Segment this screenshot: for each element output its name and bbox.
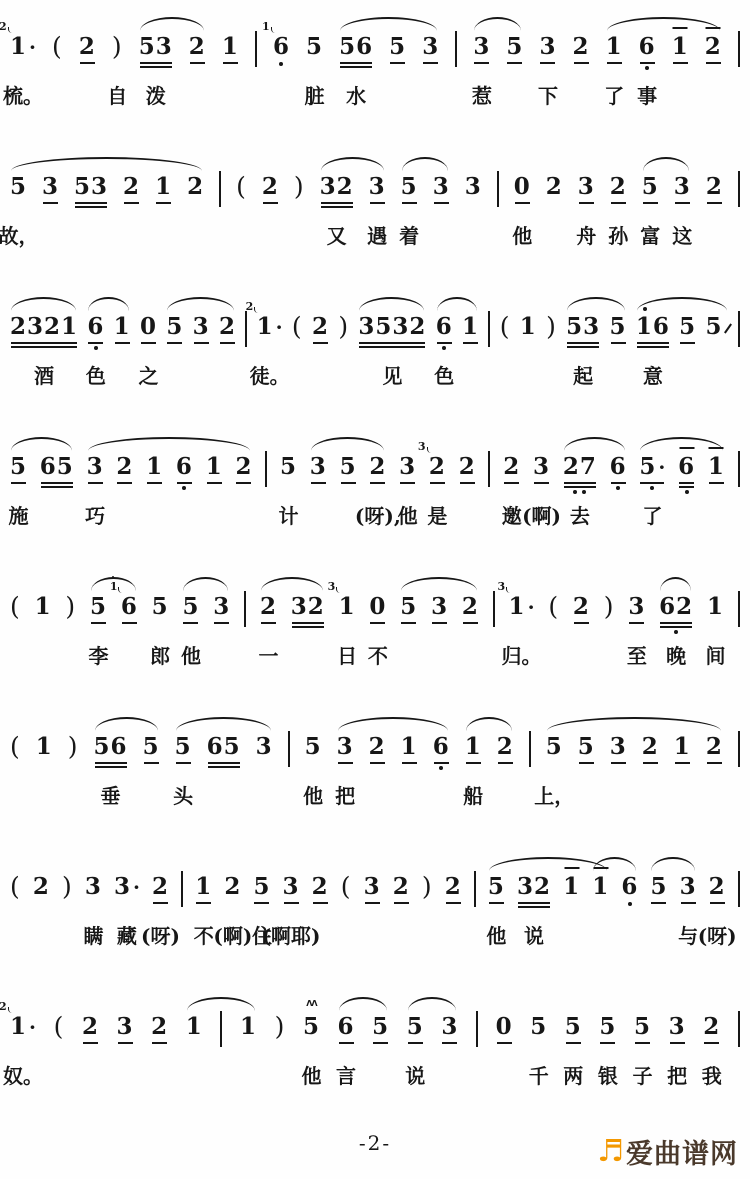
note-token: 31·归。	[509, 594, 535, 620]
note-token: 5上，	[546, 734, 563, 760]
notes-row: 5施653巧216125计352(呀),3他32是22邀3(啊)27去65·了6…	[8, 432, 742, 498]
grace-note: 3	[418, 441, 432, 452]
slur-arc	[95, 717, 158, 731]
note-token: 5头	[175, 734, 192, 764]
note-token: 1	[222, 34, 239, 64]
note-digits: 6	[273, 34, 290, 60]
lyric-syllable: 施	[9, 500, 29, 529]
lyric-syllable: 了	[642, 500, 662, 529]
score: 21·梳。(2)自53泼21165脏56水533惹53下21了6事125故，35…	[0, 0, 750, 1132]
note-token: 1	[186, 1014, 203, 1040]
underline	[463, 342, 478, 344]
underline	[117, 482, 132, 484]
grace-note: 2	[0, 1001, 13, 1012]
note-token: 21·奴。	[10, 1014, 36, 1040]
note-digits: 1	[146, 454, 163, 480]
underline	[390, 62, 405, 64]
note-token: 6	[621, 874, 638, 910]
note-token: 2	[393, 874, 410, 904]
paren-glyph: )	[62, 874, 73, 900]
system-row: (2)3瞒3·藏2(呀)1不2(啊)5住3(啊耶)2(32)25他32说1165…	[8, 852, 742, 992]
parenthesis: )	[68, 734, 79, 760]
underline	[153, 902, 168, 904]
underline	[370, 202, 385, 204]
underline	[679, 482, 694, 484]
barline	[493, 594, 495, 627]
slur-arc	[564, 437, 625, 451]
note-digits: 2	[709, 874, 726, 900]
note-token: 1	[672, 34, 689, 64]
note-token: 5银	[599, 1014, 616, 1044]
note-token: 53泼	[139, 34, 173, 68]
notes-row: (2)3瞒3·藏2(呀)1不2(啊)5住3(啊耶)2(32)25他32说1165…	[8, 852, 742, 910]
note-token: 5	[400, 594, 417, 624]
note-token: 2321酒	[10, 314, 78, 348]
lyric-syllable: 巧	[85, 500, 105, 529]
underline	[122, 622, 137, 624]
note-digits: 3	[533, 454, 550, 480]
lyric-syllable: 又	[327, 220, 347, 249]
underline	[401, 622, 416, 624]
paren-glyph: (	[236, 174, 247, 200]
system-row: (1)56垂55头6535他3把2161船25上，53212	[8, 712, 742, 852]
lyric-syllable: 一	[258, 640, 278, 669]
note-digits: 1	[36, 734, 53, 760]
barline	[488, 314, 490, 347]
note-digits: 1	[672, 34, 689, 60]
note-token: 3惹	[473, 34, 490, 64]
parenthesis: (	[10, 874, 21, 900]
note-digits: 2	[610, 174, 627, 200]
barline	[738, 454, 740, 487]
note-token: 3下	[539, 34, 556, 64]
parenthesis: (	[236, 174, 247, 200]
underline	[704, 1042, 719, 1044]
note-digits: 65	[207, 734, 241, 760]
note-token: 2	[573, 594, 590, 624]
note-digits: 3	[117, 1014, 134, 1040]
lyric-syllable: 他	[301, 1060, 321, 1089]
parenthesis: )自	[112, 34, 123, 60]
lyric-syllable: 李	[88, 640, 108, 669]
lyric-syllable: 之	[138, 360, 158, 389]
lyric-syllable: 故，	[0, 220, 39, 249]
underline	[564, 486, 596, 488]
note-token: 3至	[628, 594, 645, 624]
note-token: 2	[705, 34, 722, 64]
note-token: 3	[256, 734, 273, 760]
note-digits: 56	[94, 734, 128, 760]
slur-arc	[637, 297, 727, 311]
underline	[292, 626, 324, 628]
slur-arc	[321, 157, 384, 171]
underline	[177, 482, 192, 484]
note-digits: 5	[407, 1014, 424, 1040]
page-footer: -2- ♬ 爱曲谱网	[0, 1131, 750, 1171]
note-token: 32是	[429, 454, 446, 484]
notes-row: 5故，353212(2)32又3遇5着330他23舟2孙5富3这2	[8, 152, 742, 208]
lyric-syllable: 头	[173, 780, 193, 809]
underline	[434, 762, 449, 764]
note-digits: 1	[195, 874, 212, 900]
grace-note: 3	[328, 581, 342, 592]
lyric-syllable: 泼	[146, 80, 166, 109]
note-digits: 3	[465, 174, 482, 200]
note-digits: 1	[10, 1014, 27, 1040]
note-token: 65	[207, 734, 241, 768]
note-digits: 1	[592, 874, 609, 900]
music-note-icon: ♬	[597, 1137, 624, 1167]
note-token: 65	[40, 454, 74, 488]
note-digits: 2	[546, 174, 563, 200]
underline	[115, 342, 130, 344]
note-token: 16	[121, 594, 138, 624]
underline	[359, 342, 425, 344]
note-digits: 6	[639, 34, 656, 60]
slide-down-mark	[724, 323, 732, 333]
note-token: 2	[459, 454, 476, 484]
note-token: 3·藏	[114, 874, 140, 900]
note-token: 16	[273, 34, 290, 70]
paren-glyph: )	[338, 314, 349, 340]
note-digits: 1	[462, 314, 479, 340]
slur-arc	[437, 297, 477, 311]
slur-arc	[11, 297, 76, 311]
note-token: 2孙	[610, 174, 627, 204]
note-token: 3532见	[358, 314, 426, 348]
parenthesis: (	[10, 594, 21, 620]
note-digits: 1	[222, 34, 239, 60]
underline	[140, 66, 172, 68]
barline	[244, 594, 246, 627]
note-token: 2	[312, 874, 329, 904]
underline	[313, 342, 328, 344]
underline	[515, 202, 530, 204]
note-token: 2	[546, 174, 563, 200]
note-digits: 3	[213, 594, 230, 620]
note-digits: 3	[399, 454, 416, 480]
note-token: 53	[74, 174, 108, 208]
lyric-syllable: 说	[524, 920, 544, 949]
site-name: 爱曲谱网	[626, 1132, 738, 1171]
duration-dot: ·	[658, 455, 665, 479]
slur-arc	[567, 297, 624, 311]
underline	[194, 342, 209, 344]
octave-dot-below	[645, 66, 649, 70]
note-digits: 2	[224, 874, 241, 900]
underline	[534, 482, 549, 484]
note-token: 0之	[140, 314, 157, 344]
lyric-syllable: 说	[405, 1060, 425, 1089]
note-digits: 6	[121, 594, 138, 620]
barline	[497, 174, 499, 207]
slur-arc	[593, 857, 636, 871]
underline	[339, 1042, 354, 1044]
underline	[91, 622, 106, 624]
underline	[207, 482, 222, 484]
parenthesis: (	[341, 874, 352, 900]
note-token: 21·梳。	[10, 34, 36, 60]
paren-glyph: (	[54, 1014, 65, 1040]
note-digits: 2	[705, 34, 722, 60]
underline	[497, 1042, 512, 1044]
underline	[208, 766, 240, 768]
note-token: 5住	[253, 874, 270, 904]
lyric-syllable: 邀	[502, 500, 522, 529]
paren-glyph: (	[10, 874, 21, 900]
note-token: 5	[679, 314, 696, 344]
note-token: 5他	[488, 874, 505, 904]
note-token: 2	[235, 454, 252, 484]
lyric-syllable: 色	[434, 360, 454, 389]
underline	[359, 346, 425, 348]
note-digits: 6	[436, 314, 453, 340]
note-token: 1	[708, 454, 725, 484]
note-token: 2	[497, 734, 514, 764]
note-digits: 53	[566, 314, 600, 340]
lyric-syllable: 他	[486, 920, 506, 949]
slur-arc	[640, 437, 723, 451]
underline	[124, 202, 139, 204]
note-token: 5着	[401, 174, 418, 204]
underline	[341, 482, 356, 484]
parenthesis: )	[546, 314, 557, 340]
parenthesis: (	[292, 314, 303, 340]
note-digits: 1	[465, 734, 482, 760]
barline	[476, 1014, 478, 1047]
note-digits: 2	[573, 594, 590, 620]
lyric-syllable: 与	[678, 920, 698, 949]
note-token: 3	[433, 174, 450, 204]
note-token: 5·了	[639, 454, 665, 494]
note-digits: 3	[283, 874, 300, 900]
note-digits: 3	[193, 314, 210, 340]
slur-arc	[474, 17, 521, 31]
notes-row: (1)5李165郎5他32一3231日0不53231·归。(2)3至62晚1间	[8, 572, 742, 638]
note-digits: 2	[706, 174, 723, 200]
slur-arc	[359, 297, 424, 311]
lyric-syllable: 这	[672, 220, 692, 249]
underline	[284, 902, 299, 904]
lyric-syllable: 言	[336, 1060, 356, 1089]
underline	[75, 202, 107, 204]
underline	[400, 482, 415, 484]
slur-arc	[11, 157, 202, 171]
note-digits: 62	[659, 594, 693, 620]
underline	[474, 62, 489, 64]
note-digits: 5	[305, 734, 322, 760]
underline	[80, 62, 95, 64]
underline	[43, 202, 58, 204]
underline	[373, 1042, 388, 1044]
note-digits: 0	[496, 1014, 513, 1040]
note-token: 1	[36, 734, 53, 760]
note-token: 2	[151, 1014, 168, 1044]
barline	[738, 594, 740, 627]
note-token: 5他	[305, 734, 322, 760]
lyric-syllable: 梳。	[3, 80, 43, 109]
underline	[370, 762, 385, 764]
underline	[370, 482, 385, 484]
note-token: 5	[610, 314, 627, 344]
note-digits: 5	[152, 594, 169, 620]
lyric-syllable: 舟	[576, 220, 596, 249]
barline	[738, 174, 740, 207]
lyric-syllable: 子	[633, 1060, 653, 1089]
lyric-syllable: 郎	[150, 640, 170, 669]
underline	[292, 622, 324, 624]
note-digits: 32	[320, 174, 354, 200]
note-digits: 1	[206, 454, 223, 480]
slur-arc	[402, 157, 448, 171]
paren-glyph: )	[422, 874, 433, 900]
note-digits: 6	[87, 314, 104, 340]
note-token: 3	[441, 1014, 458, 1044]
note-token: 2	[33, 874, 50, 900]
octave-dot-below	[616, 486, 620, 490]
note-token: 3巧	[87, 454, 104, 484]
note-token: 1	[35, 594, 52, 620]
note-token: 1	[240, 1014, 257, 1040]
note-digits: 0	[369, 594, 386, 620]
duration-dot: ·	[276, 315, 283, 339]
note-digits: 3532	[358, 314, 426, 340]
duration-dot: ·	[133, 875, 140, 899]
barline	[474, 874, 476, 907]
parenthesis: (	[54, 1014, 65, 1040]
underline	[311, 482, 326, 484]
barline	[738, 314, 740, 347]
lyric-syllable: 色	[86, 360, 106, 389]
note-token: 2	[123, 174, 140, 204]
note-digits: 5	[610, 314, 627, 340]
note-token: 1	[155, 174, 172, 204]
slur-arc	[187, 997, 255, 1011]
lyric-syllable: 船	[463, 780, 483, 809]
paren-glyph: )	[546, 314, 557, 340]
note-digits: 6	[433, 734, 450, 760]
paren-glyph: )	[112, 34, 123, 60]
slur-arc	[88, 437, 251, 451]
lyric-syllable: 去	[570, 500, 590, 529]
underline	[152, 1042, 167, 1044]
underline	[220, 342, 235, 344]
lyric-syllable: 两	[563, 1060, 583, 1089]
system-row: 5故，353212(2)32又3遇5着330他23舟2孙5富3这2	[8, 152, 742, 292]
lyric-syllable: (啊)	[522, 500, 561, 529]
barline	[219, 174, 221, 207]
underline	[640, 482, 664, 484]
note-digits: 2321	[10, 314, 78, 340]
note-token: 5两	[565, 1014, 582, 1044]
note-token: 32	[291, 594, 325, 628]
note-token: 2	[369, 734, 386, 764]
system-row: 5施653巧216125计352(呀),3他32是22邀3(啊)27去65·了6…	[8, 432, 742, 572]
note-digits: 3	[431, 594, 448, 620]
note-digits: 5	[400, 594, 417, 620]
underline	[489, 902, 504, 904]
underline	[707, 762, 722, 764]
note-token: 6色	[436, 314, 453, 354]
note-token: 2一	[260, 594, 277, 624]
note-digits: 2	[79, 34, 96, 60]
parenthesis: (	[548, 594, 559, 620]
note-token: 2	[706, 174, 723, 204]
lyric-syllable: 意	[643, 360, 663, 389]
note-token: 56水	[339, 34, 373, 68]
note-token: 5故，	[10, 174, 27, 200]
note-digits: 3	[433, 174, 450, 200]
lyric-syllable: 藏	[117, 920, 137, 949]
note-token: 3	[431, 594, 448, 624]
underline	[423, 62, 438, 64]
underline	[540, 62, 555, 64]
paren-glyph: )	[68, 734, 79, 760]
note-digits: 6	[610, 454, 627, 480]
lyric-syllable: 起	[573, 360, 593, 389]
note-digits: 3	[256, 734, 273, 760]
parenthesis: )	[338, 314, 349, 340]
octave-dot-below	[94, 346, 98, 350]
octave-dot-below	[182, 486, 186, 490]
system-row: 2321酒6色10之53221·徒。(2)3532见6色1(1)53起516意5…	[8, 292, 742, 432]
note-token: 3	[465, 174, 482, 200]
underline	[567, 346, 599, 348]
note-digits: 3	[422, 34, 439, 60]
underline	[402, 762, 417, 764]
underline	[430, 482, 445, 484]
underline	[321, 206, 353, 208]
note-token: 1	[674, 734, 691, 764]
note-digits: 2	[262, 174, 279, 200]
note-token: 0不	[369, 594, 386, 624]
parenthesis: )	[422, 874, 433, 900]
note-digits: 3	[42, 174, 59, 200]
note-token: 5郎	[152, 594, 169, 620]
underline	[643, 762, 658, 764]
lyric-syllable: 银	[598, 1060, 618, 1089]
note-token: 6色	[87, 314, 104, 354]
parenthesis: )	[62, 874, 73, 900]
underline	[208, 762, 240, 764]
note-digits: 1	[520, 314, 537, 340]
lyric-syllable: 下	[538, 80, 558, 109]
underline	[432, 622, 447, 624]
underline	[41, 482, 73, 484]
underline	[566, 1042, 581, 1044]
note-digits: 2	[312, 874, 329, 900]
note-digits: 1	[339, 594, 356, 620]
underline	[434, 202, 449, 204]
note-digits: 2	[642, 734, 659, 760]
octave-dot-below	[628, 902, 632, 906]
note-digits: 2	[260, 594, 277, 620]
note-token: 6	[433, 734, 450, 774]
underline	[321, 202, 353, 204]
lyric-syllable: 脏	[305, 80, 325, 109]
note-digits: 3	[680, 874, 697, 900]
note-token: 6	[176, 454, 193, 494]
paren-glyph: )	[65, 594, 76, 620]
lyric-syllable: 事	[637, 80, 657, 109]
note-token: 2	[82, 1014, 99, 1044]
note-token: 3	[213, 594, 230, 624]
note-digits: 5	[182, 594, 199, 620]
note-token: 1了	[606, 34, 623, 64]
note-digits: 2	[189, 34, 206, 60]
underline	[579, 202, 594, 204]
note-digits: 5	[175, 734, 192, 760]
